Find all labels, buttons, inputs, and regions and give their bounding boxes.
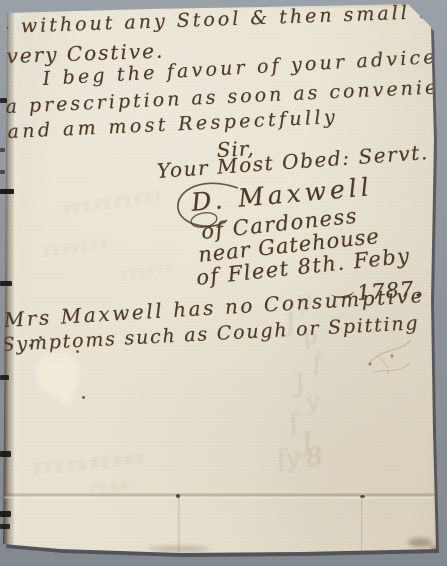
valediction-line: Your Most Obed: Servt. <box>156 140 429 183</box>
letter-line-1: - without any Stool & then small & <box>2 1 439 38</box>
binding-stub <box>0 189 14 194</box>
bleedthrough-mark: fy <box>274 442 302 474</box>
spine-fold-highlight <box>14 10 21 546</box>
bleedthrough-mark: mm <box>118 255 174 286</box>
binding-stub <box>0 98 7 103</box>
fold-crease-vertical-right <box>361 496 364 551</box>
binding-stub <box>0 375 9 380</box>
bleedthrough-mark: 8 <box>304 442 325 474</box>
binding-stub <box>0 170 5 174</box>
binding-stub <box>0 148 5 152</box>
paper-repair-stain-lobe <box>50 386 80 406</box>
letter-page: mnnm nmn mm y J p f J y f J fy 8 mnnm nw… <box>0 0 447 566</box>
bleedthrough-mark: mnnm <box>60 182 164 220</box>
ink-blot <box>29 344 32 347</box>
binding-stub <box>0 524 10 529</box>
crease-speck <box>176 494 180 498</box>
edge-smudge <box>408 538 432 547</box>
binding-stub <box>0 451 11 457</box>
crease-speck <box>360 495 365 498</box>
ink-blot <box>76 350 79 353</box>
fold-crease-vertical-left <box>178 496 181 553</box>
fold-crease-horizontal <box>4 493 434 499</box>
bleedthrough-mark: f <box>310 348 324 377</box>
edge-smudge <box>148 546 210 552</box>
scribble-stain <box>365 323 420 385</box>
bleedthrough-mark: nmn <box>40 230 110 262</box>
bleedthrough-mark: f <box>286 409 301 438</box>
bleedthrough-mark: y <box>304 389 321 416</box>
binding-stub <box>0 511 11 517</box>
ink-blot <box>82 396 85 399</box>
photograph-background: mnnm nmn mm y J p f J y f J fy 8 mnnm nw… <box>0 0 447 566</box>
ink-blot <box>39 336 42 339</box>
binding-stub <box>0 281 12 286</box>
